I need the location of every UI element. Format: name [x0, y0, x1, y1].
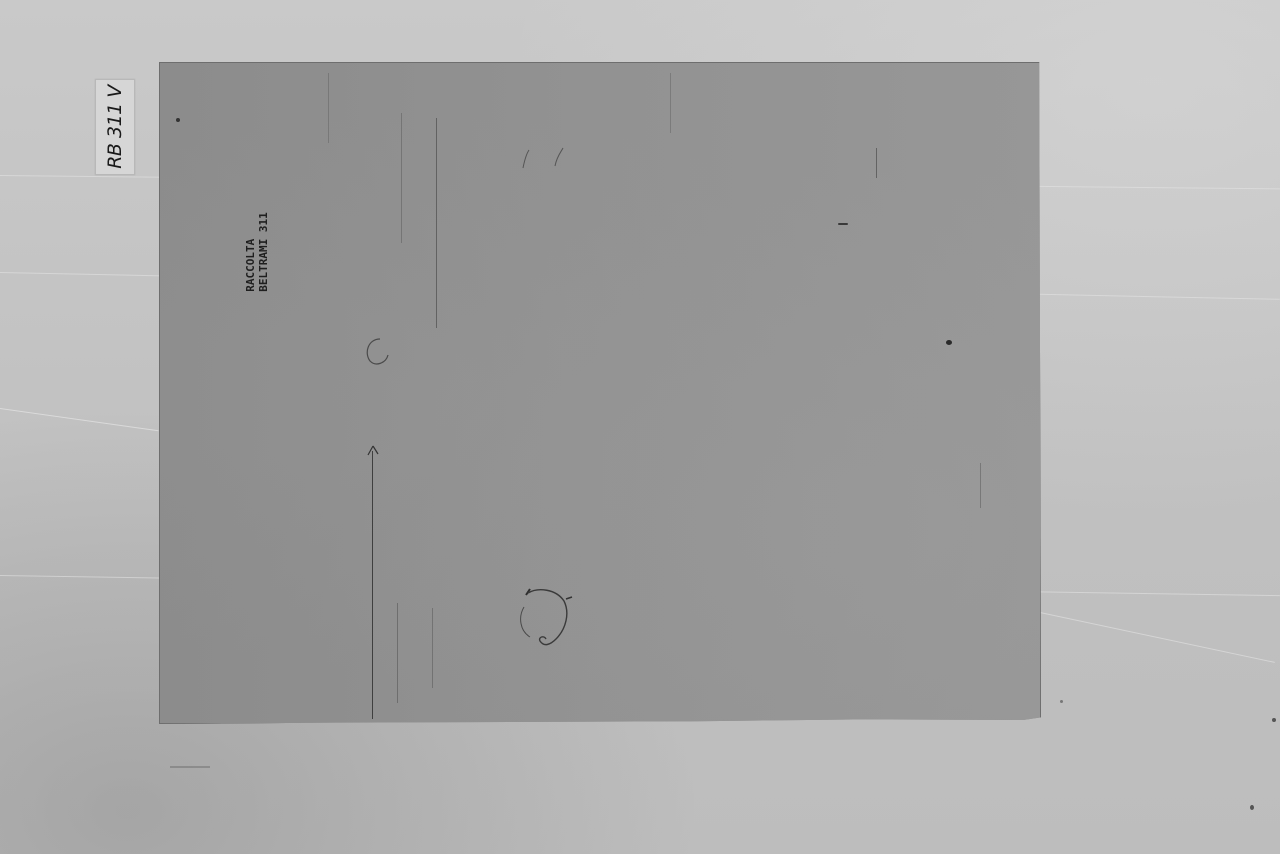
catalogue-label: RB 311 V [95, 79, 135, 175]
backing-mark [170, 766, 210, 768]
collection-stamp: RACCOLTA BELTRAMI 311 [242, 187, 272, 317]
ink-spot [946, 340, 952, 345]
backing-speck [1060, 700, 1063, 703]
backing-crease [1040, 612, 1275, 663]
pencil-line [436, 118, 437, 328]
pencil-scribble-icon [515, 138, 575, 178]
stamp-line-1: RACCOLTA [244, 212, 257, 291]
pencil-line [397, 603, 398, 703]
backing-speck [1272, 718, 1276, 722]
pencil-numeral-five-icon [508, 581, 583, 661]
backing-speck [1250, 805, 1254, 810]
pencil-line [876, 148, 877, 178]
pencil-line [328, 73, 329, 143]
pencil-line [401, 113, 402, 243]
pencil-line [980, 463, 981, 508]
pencil-arrow-line [372, 451, 373, 719]
catalogue-label-text: RB 311 V [104, 85, 126, 169]
pencil-line [432, 608, 433, 688]
pencil-line [670, 73, 671, 133]
paper-sheet: RACCOLTA BELTRAMI 311 [159, 62, 1041, 724]
ink-spot [176, 118, 180, 122]
arrow-up-icon [366, 445, 380, 457]
pencil-scribble-icon [356, 333, 396, 373]
backing-crease [0, 408, 159, 431]
ink-spot [838, 223, 848, 225]
stamp-line-2: BELTRAMI 311 [257, 212, 270, 291]
